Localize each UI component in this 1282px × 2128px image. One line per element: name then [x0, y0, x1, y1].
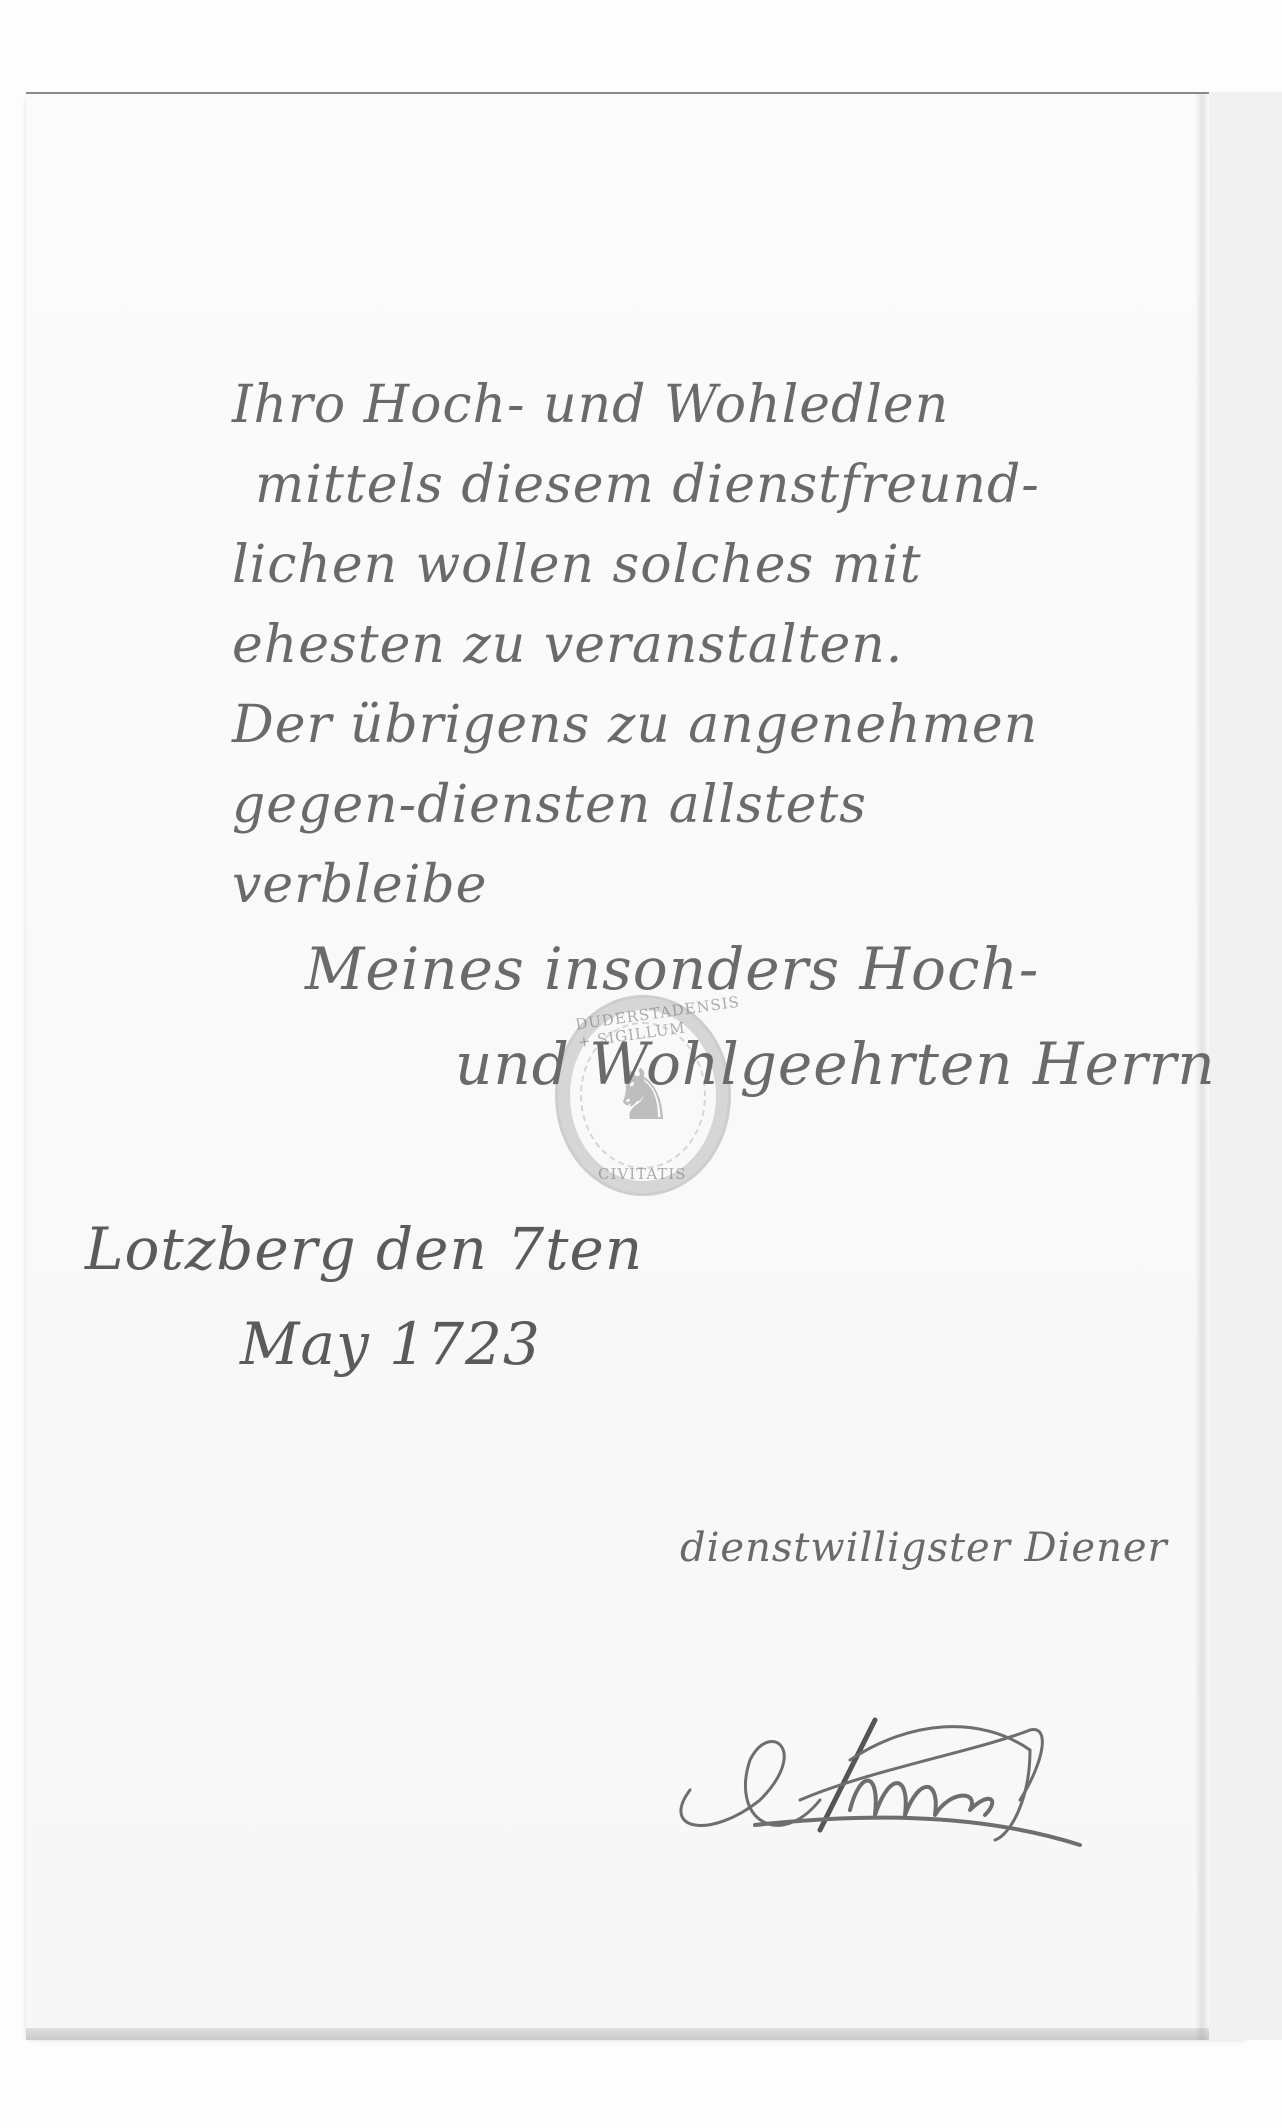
- letter-line-7: verbleibe: [232, 855, 487, 915]
- signature-flourish: [650, 1600, 1210, 1850]
- adjacent-page-edge: [1209, 92, 1282, 2040]
- letter-line-6: gegen-diensten allstets: [232, 775, 867, 835]
- letter-line-5: Der übrigens zu angenehmen: [232, 695, 1038, 755]
- letter-line-1: Ihro Hoch- und Wohledlen: [232, 375, 949, 435]
- signature-text: [signature]: [760, 1650, 777, 1651]
- letter-line-3: lichen wollen solches mit: [232, 535, 922, 595]
- letter-line-2: mittels diesem dienstfreund-: [255, 455, 1040, 515]
- closing-line-2: und Wohlgeehrten Herrn: [455, 1030, 1216, 1098]
- seal-legend-bottom: CIVITATIS: [598, 1165, 687, 1183]
- subscription-line: dienstwilligster Diener: [680, 1525, 1168, 1571]
- closing-line-1: Meines insonders Hoch-: [305, 935, 1039, 1003]
- place-date-line-1: Lotzberg den 7ten: [85, 1215, 643, 1283]
- place-date-line-2: May 1723: [240, 1310, 541, 1378]
- letter-line-4: ehesten zu veranstalten.: [232, 615, 903, 675]
